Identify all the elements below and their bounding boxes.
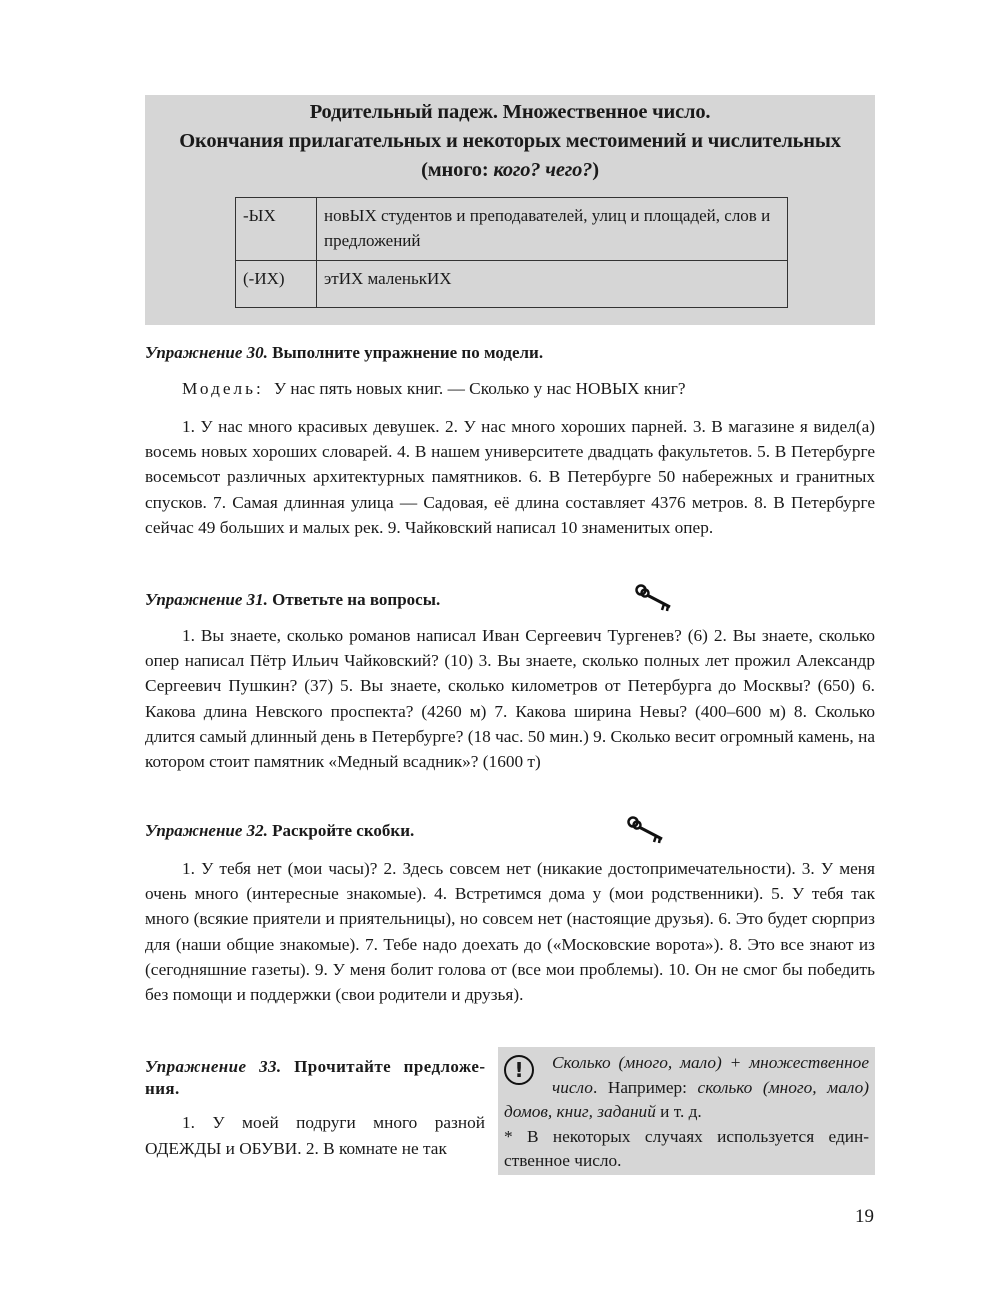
rule-title-prefix: (много: [421,159,493,181]
grammar-note-box: ! Сколько (много, мало) + множествен­ное… [498,1047,875,1175]
exercise-32-body: 1. У тебя нет (мои часы)? 2. Здесь совсе… [145,856,875,1007]
exercise-instruction: Раскройте скобки. [268,821,414,840]
exercise-instruction: Выполните упражнение по модели. [268,343,543,362]
exercise-31-body: 1. Вы знаете, сколько романов написал Ив… [145,623,875,774]
rule-title-line2: Окончания прилагательных и некоторых мес… [145,127,875,156]
key-icon [626,815,666,845]
rule-title: Родительный падеж. Множественное число. … [145,98,875,185]
model-label: Модель: [182,379,264,398]
table-row: (-ИХ) этИХ маленькИХ [236,261,788,308]
note-footnote: * В некоторых случаях используется един­… [504,1127,869,1171]
exercise-31-heading: Упражнение 31. Ответьте на вопросы. [145,589,440,611]
exercise-32-heading: Упражнение 32. Раскройте скобки. [145,820,414,842]
table-row: -ЫХ новЫХ студентов и преподавателей, ул… [236,198,788,261]
page-number: 19 [855,1206,874,1228]
exercise-instruction: Ответьте на вопросы. [268,590,440,609]
key-icon [634,583,674,613]
exercise-33-heading: Упражнение 33. Прочитайте предложе­ния. [145,1056,485,1100]
ending-cell: (-ИХ) [236,261,317,308]
note-text: Сколько (много, мало) + множествен­ное ч… [504,1051,869,1174]
rule-title-questions: кого? чего? [493,159,592,181]
endings-table: -ЫХ новЫХ студентов и преподавателей, ул… [235,197,788,308]
grammar-rule-box: Родительный падеж. Множественное число. … [145,95,875,325]
rule-title-suffix: ) [592,159,599,181]
exercise-30-heading: Упражнение 30. Выполните упражнение по м… [145,342,543,364]
exercise-33-body: 1. У моей подруги много разной ОДЕЖДЫ и … [145,1110,485,1162]
ending-cell: -ЫХ [236,198,317,261]
note-etc: и т. д. [656,1102,702,1121]
rule-title-line3: (много: кого? чего?) [145,156,875,185]
rule-title-line1: Родительный падеж. Множественное число. [145,98,875,127]
exercise-number: Упражнение 32. [145,821,268,840]
exercise-number: Упражнение 30. [145,343,268,362]
examples-cell: новЫХ студентов и преподавателей, улиц и… [317,198,788,261]
note-connector: . Например: [593,1078,698,1097]
exercise-number: Упражнение 31. [145,590,268,609]
exercise-30-body: 1. У нас много красивых девушек. 2. У на… [145,414,875,540]
exercise-number: Упражнение 33. [145,1057,282,1076]
model-text: У нас пять новых книг. — Сколько у нас Н… [274,379,686,398]
exercise-30-model: Модель:У нас пять новых книг. — Сколько … [182,376,686,401]
examples-cell: этИХ маленькИХ [317,261,788,308]
